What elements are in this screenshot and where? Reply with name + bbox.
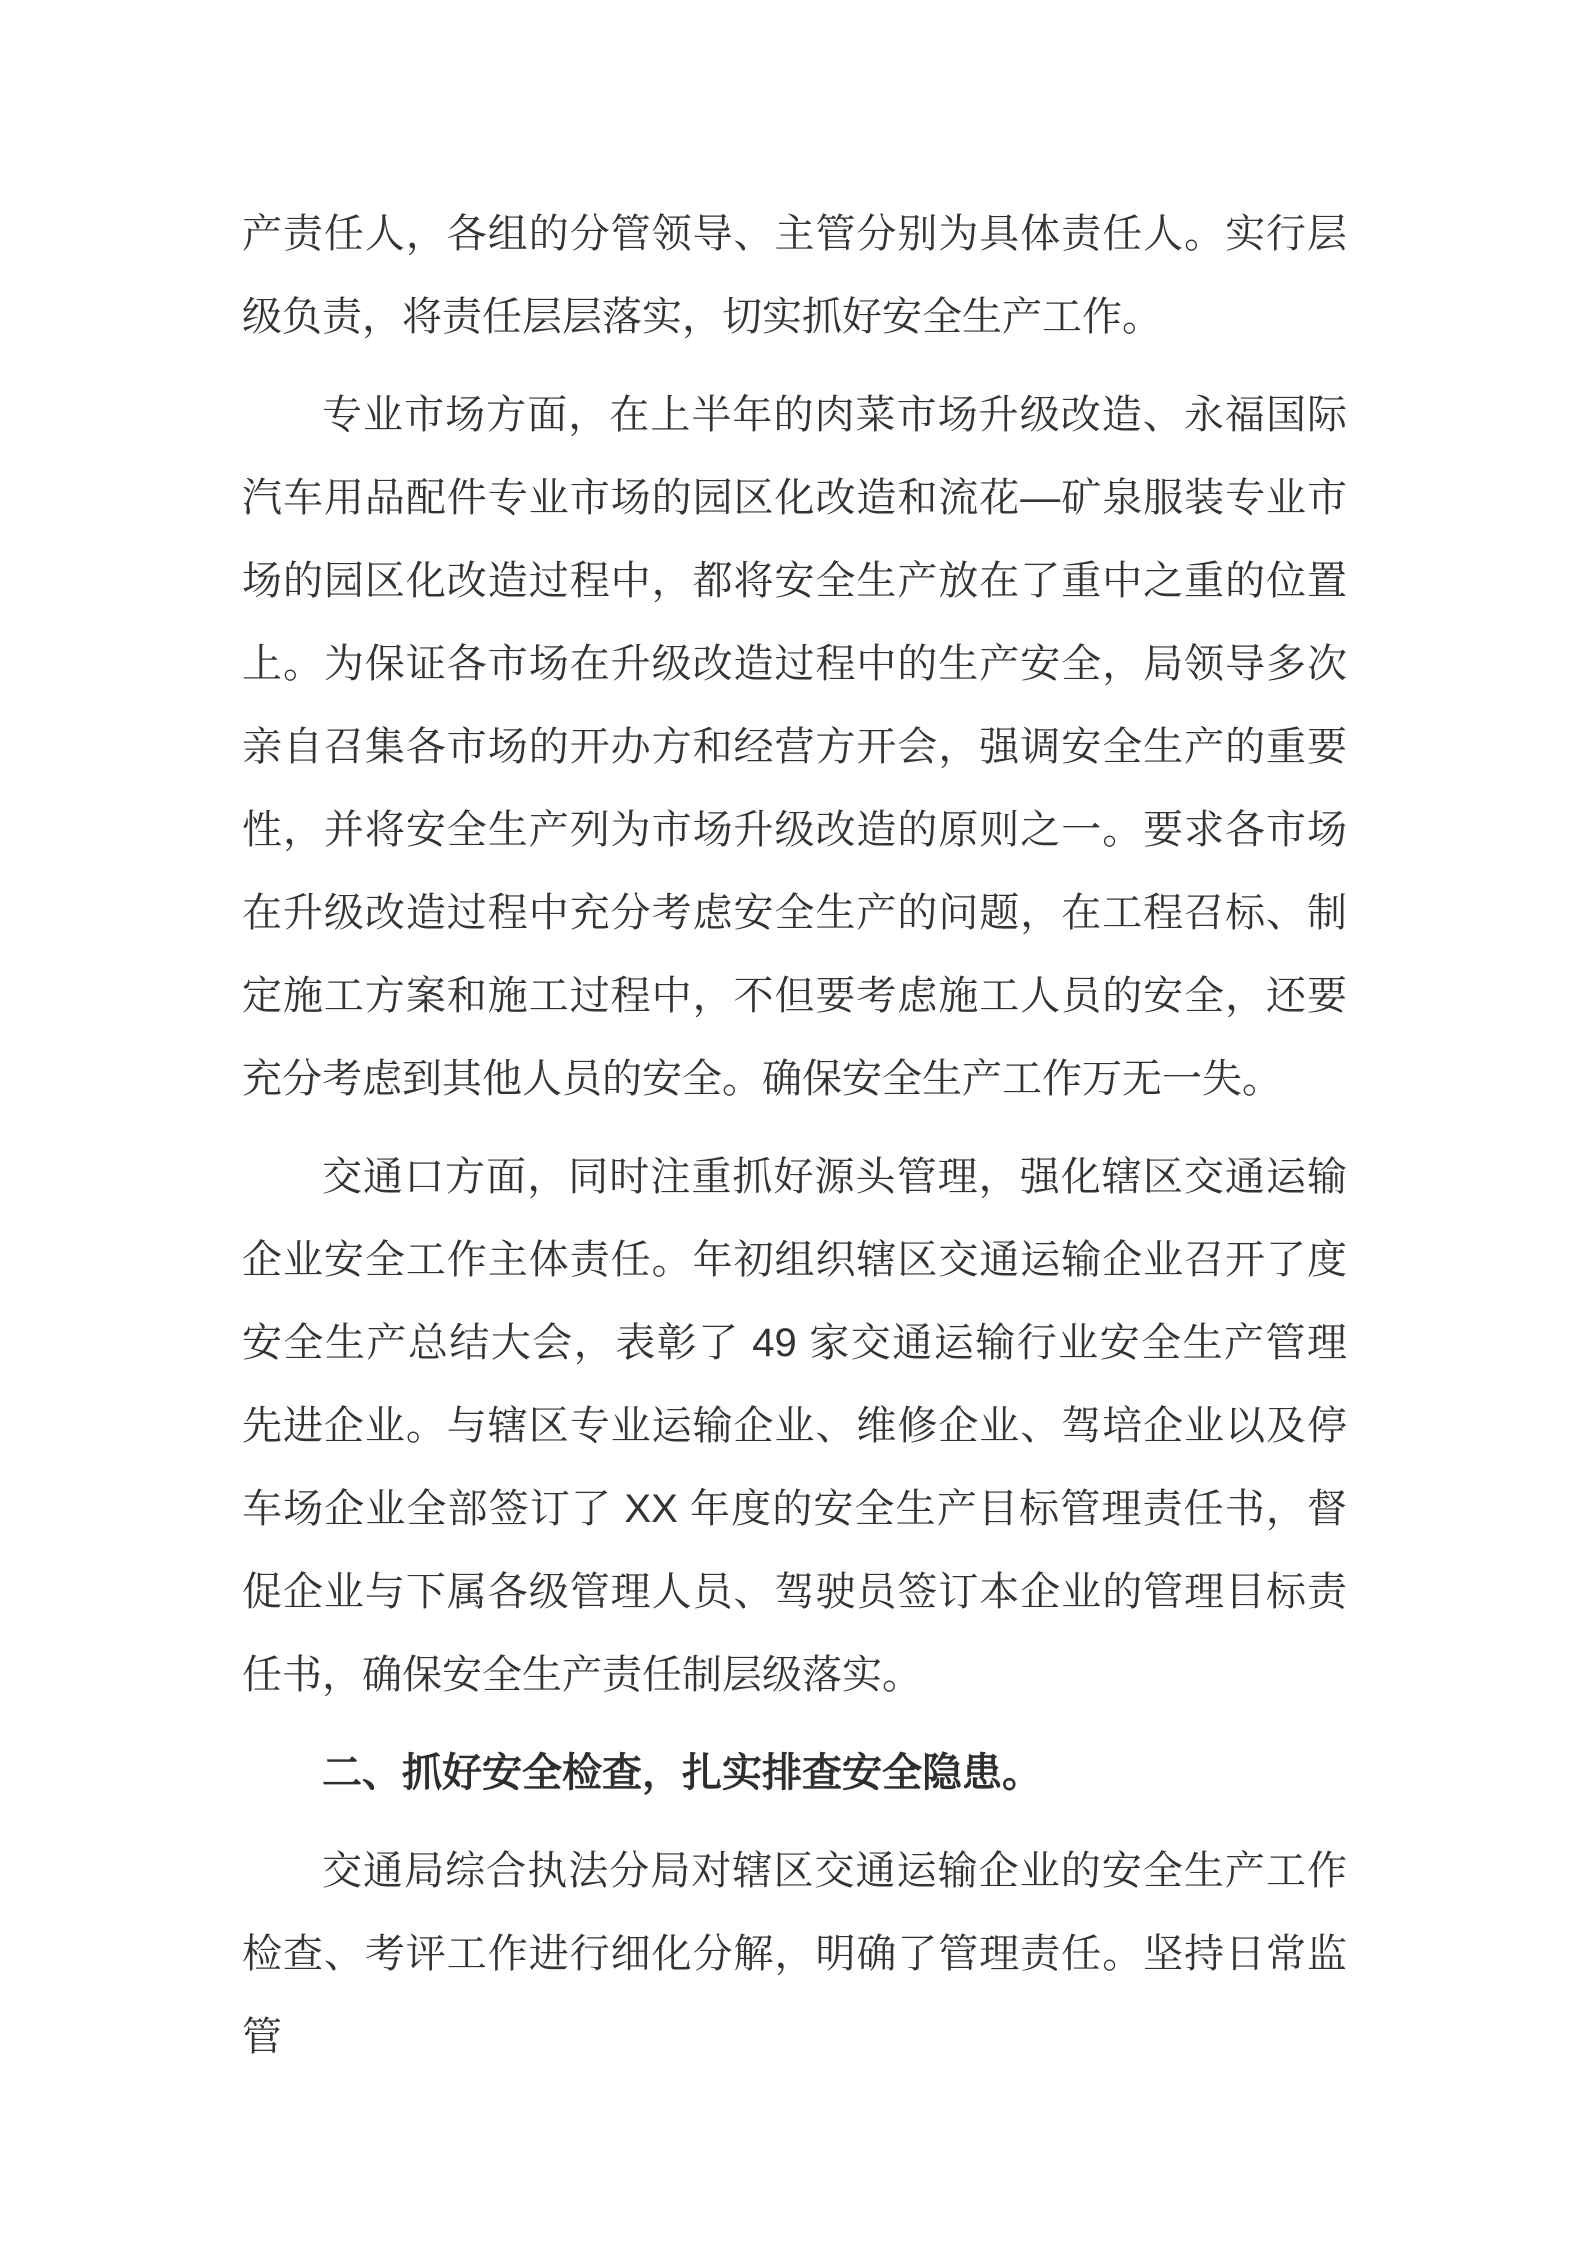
document-text-area: 产责任人，各组的分管领导、主管分别为具体责任人。实行层级负责，将责任层层落实，切… <box>242 193 1347 2094</box>
paragraph-transport-sector: 交通口方面，同时注重抓好源头管理，强化辖区交通运输企业安全工作主体责任。年初组织… <box>242 1136 1347 1717</box>
document-page: 产责任人，各组的分管领导、主管分别为具体责任人。实行层级负责，将责任层层落实，切… <box>0 0 1587 2245</box>
paragraph-continuation: 产责任人，各组的分管领导、主管分别为具体责任人。实行层级负责，将责任层层落实，切… <box>242 193 1347 359</box>
section-heading: 二、抓好安全检查，扎实排查安全隐患。 <box>242 1732 1347 1815</box>
paragraph-professional-markets: 专业市场方面，在上半年的肉菜市场升级改造、永福国际汽车用品配件专业市场的园区化改… <box>242 374 1347 1121</box>
paragraph-safety-inspection: 交通局综合执法分局对辖区交通运输企业的安全生产工作检查、考评工作进行细化分解，明… <box>242 1830 1347 2079</box>
